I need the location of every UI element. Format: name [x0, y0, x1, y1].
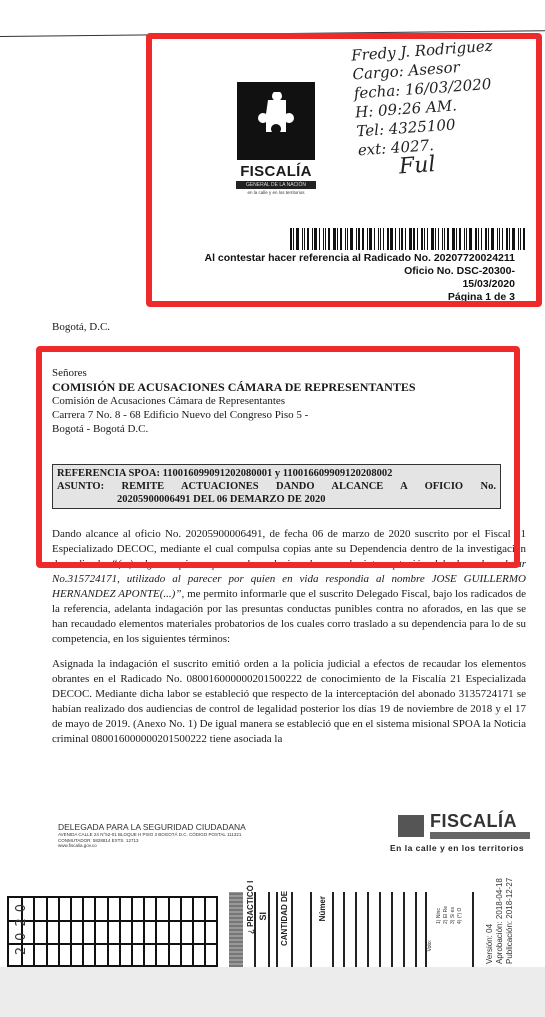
footer-address: AVENIDA CALLE 24 N°52-01 BLOQUE H PISO 3…: [58, 832, 246, 838]
footer-logo-word: FISCALÍA: [430, 811, 517, 832]
footer-logo-band: [430, 832, 530, 839]
city-line: Bogotá, D.C.: [52, 321, 110, 333]
form-rule: [276, 892, 278, 967]
paragraph-2: Asignada la indagación el suscrito emiti…: [52, 657, 526, 747]
footer-tagline: En la calle y en los territorios: [390, 843, 524, 853]
form-strip: 2020 ¿ PRACTICÓ I SI CANTIDAD DE Númer V…: [0, 890, 545, 967]
numero-header: Númer: [318, 896, 327, 921]
form-rule: [332, 892, 334, 967]
vote-option: 1) Ninc: [436, 894, 443, 924]
form-rule: [310, 892, 312, 967]
form-rule: [379, 892, 381, 967]
vote-option: 2) El Re: [443, 894, 450, 924]
form-grid: [7, 896, 218, 967]
form-rule: [254, 892, 256, 967]
form-rule: [425, 892, 427, 967]
form-rule: [268, 892, 270, 967]
form-rule: [343, 892, 345, 967]
approval-date: Aprobación: 2018-04-18: [495, 902, 505, 964]
footer-department: DELEGADA PARA LA SEGURIDAD CIUDADANA: [58, 822, 246, 832]
form-rule: [355, 892, 357, 967]
footer-contact: DELEGADA PARA LA SEGURIDAD CIUDADANA AVE…: [58, 822, 246, 849]
background-margin: [0, 967, 545, 1017]
handwritten-digits: 2020: [14, 898, 34, 955]
form-rule: [472, 892, 474, 967]
footer-web: www.fiscalia.gov.co: [58, 843, 246, 849]
version-number: Versión: 04: [485, 902, 495, 964]
form-rule: [403, 892, 405, 967]
vote-label: Voto:: [427, 940, 433, 951]
publication-date: Publicación: 2018-12-27: [505, 902, 515, 964]
cantidad-header: CANTIDAD DE: [280, 894, 289, 946]
vote-option: 3) Si es: [450, 894, 457, 924]
form-rule: [415, 892, 417, 967]
vote-option: 4) (*) O: [457, 894, 464, 924]
footer-puzzle-icon: [398, 815, 424, 837]
si-label: SI: [258, 912, 268, 921]
highlight-box-addressee: [36, 346, 520, 568]
form-rule: [367, 892, 369, 967]
form-rule: [391, 892, 393, 967]
vote-options: 1) Ninc 2) El Re 3) Si es 4) (*) O: [436, 894, 464, 924]
version-info: Versión: 04 Aprobación: 2018-04-18 Publi…: [485, 902, 515, 964]
highlight-box-header: [146, 33, 542, 307]
shaded-column: [229, 892, 243, 967]
form-rule: [291, 892, 293, 967]
